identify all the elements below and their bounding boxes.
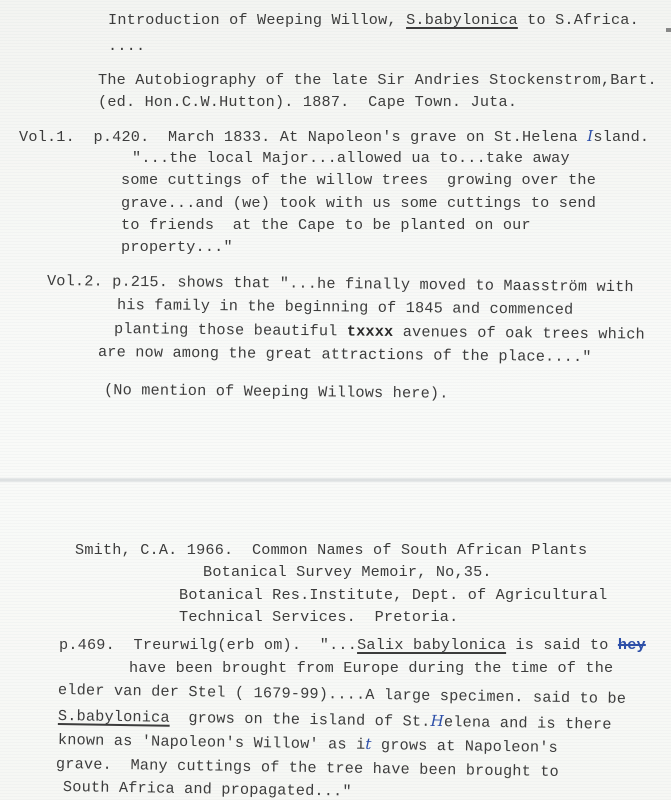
entry-line-6: grave. Many cuttings of the tree have be… [56, 755, 559, 781]
vol1-quote-line: property..." [121, 238, 233, 256]
citation-line-4: Technical Services. Pretoria. [179, 608, 458, 626]
species-name-underlined: Salix babylonica [357, 636, 506, 654]
section1-title: Introduction of Weeping Willow, S.babylo… [108, 11, 639, 29]
edge-mark [666, 28, 671, 32]
vol1-quote-line: grave...and (we) took with us some cutti… [121, 194, 596, 212]
section1-dots: .... [108, 37, 145, 55]
entry-line-1: p.469. Treurwilg(erb om). "...Salix baby… [59, 636, 646, 654]
vol2-reference: Vol.2. p.215. shows that "...he finally … [47, 272, 634, 296]
entry-line-3: elder van der Stel ( 1679-99)....A large… [58, 681, 626, 708]
species-name-underlined: S.babylonica [58, 707, 170, 727]
source-line-2: (ed. Hon.C.W.Hutton). 1887. Cape Town. J… [98, 93, 517, 111]
vol1-quote-line: to friends at the Cape to be planted on … [121, 216, 531, 234]
vol1-quote-line: some cuttings of the willow trees growin… [121, 171, 596, 189]
source-line-1: The Autobiography of the late Sir Andrie… [98, 71, 657, 89]
citation-line-1: Smith, C.A. 1966. Common Names of South … [75, 541, 587, 559]
vol2-quote-line: are now among the great attractions of t… [98, 343, 592, 366]
vol2-note: (No mention of Weeping Willows here). [104, 381, 449, 403]
entry-line-2: have been brought from Europe during the… [129, 659, 613, 677]
entry-line-4: S.babylonica grows on the island of St.H… [58, 706, 612, 734]
handwritten-strikeout: hey [618, 636, 646, 654]
vol2-quote-line: planting those beautiful txxxx avenues o… [114, 320, 645, 344]
paper-fold-line [0, 477, 671, 483]
entry-line-7: South Africa and propagated..." [63, 778, 352, 800]
vol1-reference: Vol.1. p.420. March 1833. At Napoleon's … [19, 127, 649, 146]
citation-line-2: Botanical Survey Memoir, No,35. [203, 563, 492, 581]
typewritten-page: Introduction of Weeping Willow, S.babylo… [0, 0, 671, 800]
vol1-quote-line: "...the local Major...allowed ua to...ta… [132, 149, 570, 167]
handwritten-correction: H [430, 712, 444, 730]
citation-line-3: Botanical Res.Institute, Dept. of Agricu… [179, 586, 607, 604]
struck-out-text: txxxx [347, 322, 394, 340]
vol2-quote-line: his family in the beginning of 1845 and … [117, 296, 574, 319]
species-name-underlined: S.babylonica [406, 11, 518, 29]
entry-line-5: known as 'Napoleon's Willow' as it grows… [58, 730, 558, 757]
